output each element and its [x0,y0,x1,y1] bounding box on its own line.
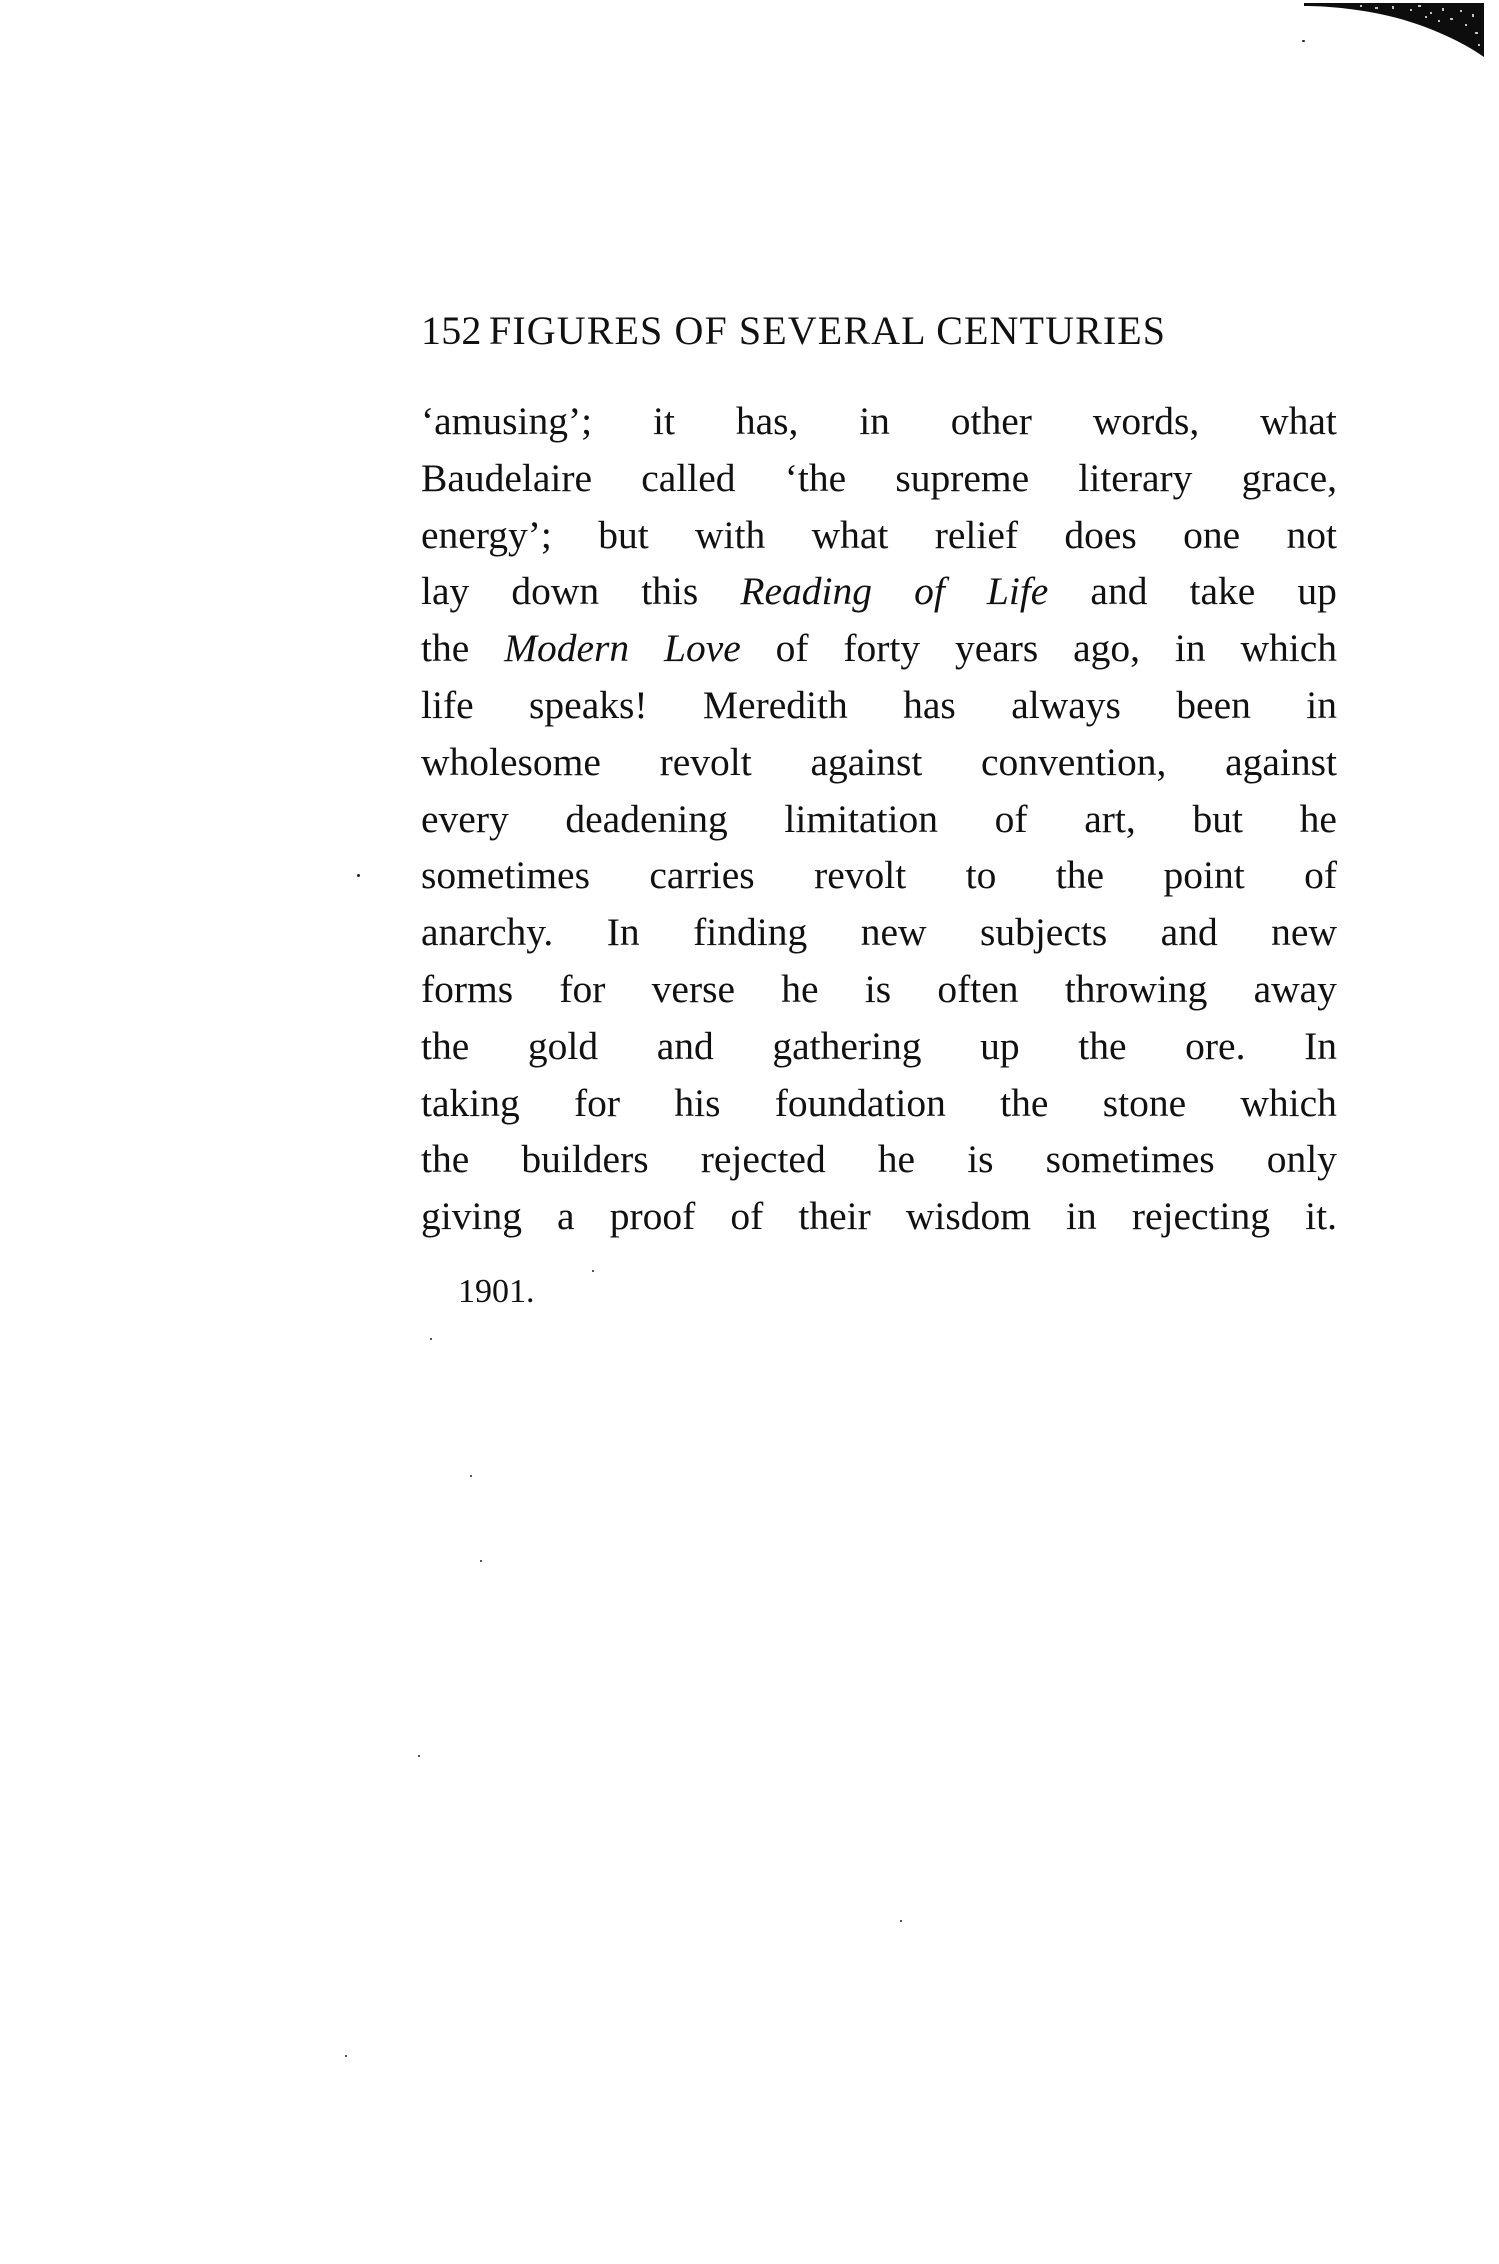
text-line: formsforverseheisoftenthrowingaway [421,961,1337,1018]
word: for [574,1075,620,1132]
word: the [1078,1018,1126,1075]
word: other [951,393,1032,450]
page-corner-shadow-icon [1300,0,1499,60]
word: sometimes [421,847,590,904]
word: anarchy. [421,904,553,961]
word: what [1260,393,1337,450]
word: of [1304,847,1337,904]
word: the [1000,1075,1048,1132]
text-line: theModernLoveoffortyyearsago,inwhich [421,620,1337,677]
word: which [1240,620,1337,677]
word: in [1066,1188,1097,1245]
word: convention, [981,734,1166,791]
word: stone [1103,1075,1186,1132]
word: to [966,847,997,904]
word: but [598,507,648,564]
italic-word: of [914,563,945,620]
word: revolt [814,847,906,904]
word: always [1011,677,1121,734]
word: giving [421,1188,522,1245]
italic-word: Reading [740,563,872,620]
word: gathering [772,1018,921,1075]
word: ore. [1185,1018,1245,1075]
word: new [861,904,927,961]
word: is [865,961,891,1018]
word: against [810,734,922,791]
word: wisdom [906,1188,1031,1245]
word: wholesome [421,734,601,791]
word: forty [843,620,920,677]
word: grace, [1242,450,1337,507]
word: it [653,393,675,450]
word: has [903,677,956,734]
word: down [511,563,599,620]
text-line: Baudelairecalled‘thesupremeliterarygrace… [421,450,1337,507]
scan-speck [1302,40,1305,42]
text-line: takingforhisfoundationthestonewhich [421,1075,1337,1132]
word: ‘amusing’; [421,393,592,450]
word: up [980,1018,1020,1075]
word: not [1286,507,1336,564]
word: and [657,1018,714,1075]
text-line: anarchy.Infindingnewsubjectsandnew [421,904,1337,961]
text-line: givingaproofoftheirwisdominrejectingit. [421,1188,1337,1245]
word: literary [1078,450,1192,507]
word: against [1225,734,1337,791]
word: ago, [1073,620,1140,677]
word: been [1176,677,1251,734]
word: only [1267,1131,1337,1188]
word: Baudelaire [421,450,592,507]
word: he [781,961,818,1018]
word: builders [521,1131,648,1188]
word: their [798,1188,870,1245]
word: the [421,1131,469,1188]
text-line: ‘amusing’;ithas,inotherwords,what [421,393,1337,450]
scan-speck [418,1755,420,1757]
word: the [1056,847,1104,904]
date-signature: 1901. [458,1270,535,1314]
word: In [607,904,640,961]
word: this [641,563,698,620]
word: he [878,1131,915,1188]
word: relief [935,507,1018,564]
text-line: thegoldandgatheringuptheore.In [421,1018,1337,1075]
word: sometimes [1046,1131,1215,1188]
word: one [1183,507,1240,564]
word: for [559,961,605,1018]
word: life [421,677,474,734]
word: deadening [565,791,727,848]
text-line: lifespeaks!Meredithhasalwaysbeenin [421,677,1337,734]
word: art, [1084,791,1136,848]
word: and [1090,563,1147,620]
word: In [1304,1018,1337,1075]
word: proof [610,1188,696,1245]
word: called [641,450,735,507]
scan-speck [357,874,360,877]
word: with [695,507,765,564]
word: verse [652,961,735,1018]
text-line: wholesomerevoltagainstconvention,against [421,734,1337,791]
word: and [1161,904,1218,961]
word: which [1240,1075,1337,1132]
word: of [730,1188,763,1245]
word: point [1163,847,1244,904]
text-line: thebuildersrejectedheissometimesonly [421,1131,1337,1188]
scan-speck [592,1270,594,1272]
word: every [421,791,509,848]
scan-speck [470,1475,472,1477]
word: words, [1093,393,1199,450]
word: away [1254,961,1337,1018]
word: of [776,620,809,677]
text-line: laydownthisReadingofLifeandtakeup [421,563,1337,620]
word: rejected [701,1131,826,1188]
text-line: everydeadeninglimitationofart,buthe [421,791,1337,848]
word: up [1297,563,1337,620]
word: in [1175,620,1206,677]
running-header: 152FIGURES OF SEVERAL CENTURIES [421,306,1337,356]
word: gold [528,1018,598,1075]
word: finding [693,904,807,961]
word: throwing [1065,961,1208,1018]
word: years [955,620,1038,677]
scan-speck [430,1338,432,1340]
scan-speck [900,1920,902,1922]
word: a [557,1188,575,1245]
word: carries [649,847,754,904]
word: his [674,1075,720,1132]
word: revolt [660,734,752,791]
word: does [1064,507,1136,564]
word: often [937,961,1018,1018]
scan-speck [480,1560,482,1562]
page-number: 152 [421,306,489,356]
word: ‘the [785,450,846,507]
text-line: sometimescarriesrevolttothepointof [421,847,1337,904]
word: the [421,1018,469,1075]
body-paragraph: ‘amusing’;ithas,inotherwords,whatBaudela… [421,393,1337,1245]
word: forms [421,961,513,1018]
word: rejecting [1132,1188,1270,1245]
word: it. [1305,1188,1337,1245]
word: speaks! [529,677,647,734]
word: is [967,1131,993,1188]
word: what [812,507,889,564]
word: he [1300,791,1337,848]
word: take [1190,563,1256,620]
text-line: energy’;butwithwhatreliefdoesonenot [421,507,1337,564]
word: supreme [895,450,1029,507]
word: the [421,620,469,677]
word: has, [736,393,799,450]
word: of [995,791,1028,848]
word: energy’; [421,507,552,564]
scan-speck [345,2055,347,2057]
italic-word: Love [664,620,741,677]
word: subjects [980,904,1107,961]
word: foundation [775,1075,946,1132]
word: in [1306,677,1337,734]
word: but [1192,791,1242,848]
word: in [859,393,890,450]
word: new [1271,904,1337,961]
italic-word: Modern [504,620,629,677]
italic-word: Life [987,563,1048,620]
word: taking [421,1075,520,1132]
word: lay [421,563,469,620]
running-title: FIGURES OF SEVERAL CENTURIES [489,306,1166,356]
word: Meredith [703,677,848,734]
word: limitation [784,791,938,848]
